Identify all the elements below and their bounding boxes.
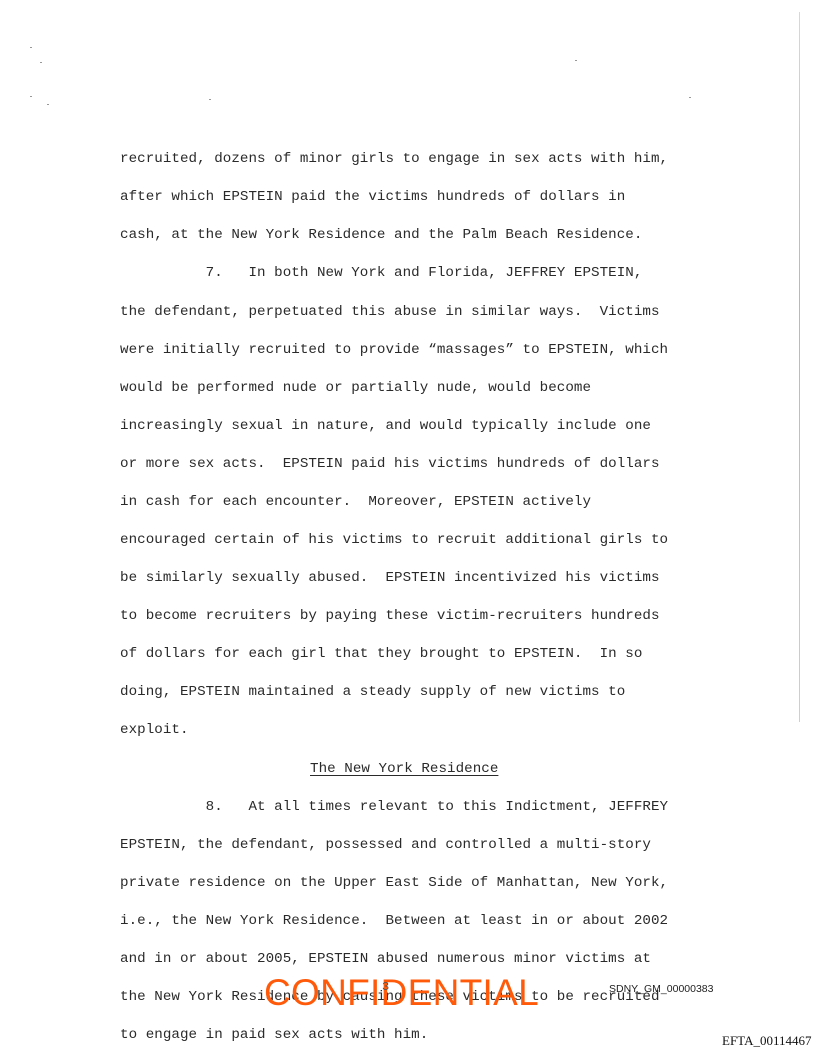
bates-number: SDNY_GM_00000383 <box>609 983 713 995</box>
page-number: 3 <box>382 980 389 994</box>
body-line-21: i.e., the New York Residence. Between at… <box>120 913 668 929</box>
scan-speck <box>689 97 691 98</box>
body-line-13: to become recruiters by paying these vic… <box>120 608 660 624</box>
scan-speck <box>575 60 577 61</box>
paragraph-8-start: 8. At all times relevant to this Indictm… <box>120 799 668 815</box>
body-line-8: increasingly sexual in nature, and would… <box>120 418 651 434</box>
body-line-19: EPSTEIN, the defendant, possessed and co… <box>120 837 651 853</box>
body-line-14: of dollars for each girl that they broug… <box>120 646 642 662</box>
body-line-6: were initially recruited to provide “mas… <box>120 342 668 358</box>
document-page: recruited, dozens of minor girls to enga… <box>0 0 817 1056</box>
body-line-5: the defendant, perpetuated this abuse in… <box>120 304 660 320</box>
scan-speck <box>40 62 42 63</box>
body-line-15: doing, EPSTEIN maintained a steady suppl… <box>120 684 625 700</box>
body-line-2: after which EPSTEIN paid the victims hun… <box>120 189 625 205</box>
body-line-12: be similarly sexually abused. EPSTEIN in… <box>120 570 660 586</box>
body-line-3: cash, at the New York Residence and the … <box>120 227 642 243</box>
body-line-20: private residence on the Upper East Side… <box>120 875 668 891</box>
body-line-22: and in or about 2005, EPSTEIN abused num… <box>120 951 651 967</box>
body-line-24: to engage in paid sex acts with him. <box>120 1027 428 1043</box>
scan-speck <box>47 104 49 105</box>
body-line-1: recruited, dozens of minor girls to enga… <box>120 151 668 167</box>
paragraph-7-start: 7. In both New York and Florida, JEFFREY… <box>120 265 642 281</box>
scan-speck <box>30 96 32 97</box>
body-line-9: or more sex acts. EPSTEIN paid his victi… <box>120 456 660 472</box>
scan-speck <box>209 99 211 100</box>
scan-edge <box>799 12 800 722</box>
confidential-stamp: CONFIDENTIAL <box>264 972 539 1014</box>
section-heading: The New York Residence <box>310 761 498 777</box>
body-line-11: encouraged certain of his victims to rec… <box>120 532 668 548</box>
body-line-16: exploit. <box>120 722 189 738</box>
efta-number: EFTA_00114467 <box>722 1033 811 1049</box>
body-line-7: would be performed nude or partially nud… <box>120 380 591 396</box>
body-line-10: in cash for each encounter. Moreover, EP… <box>120 494 591 510</box>
scan-speck <box>30 47 32 48</box>
